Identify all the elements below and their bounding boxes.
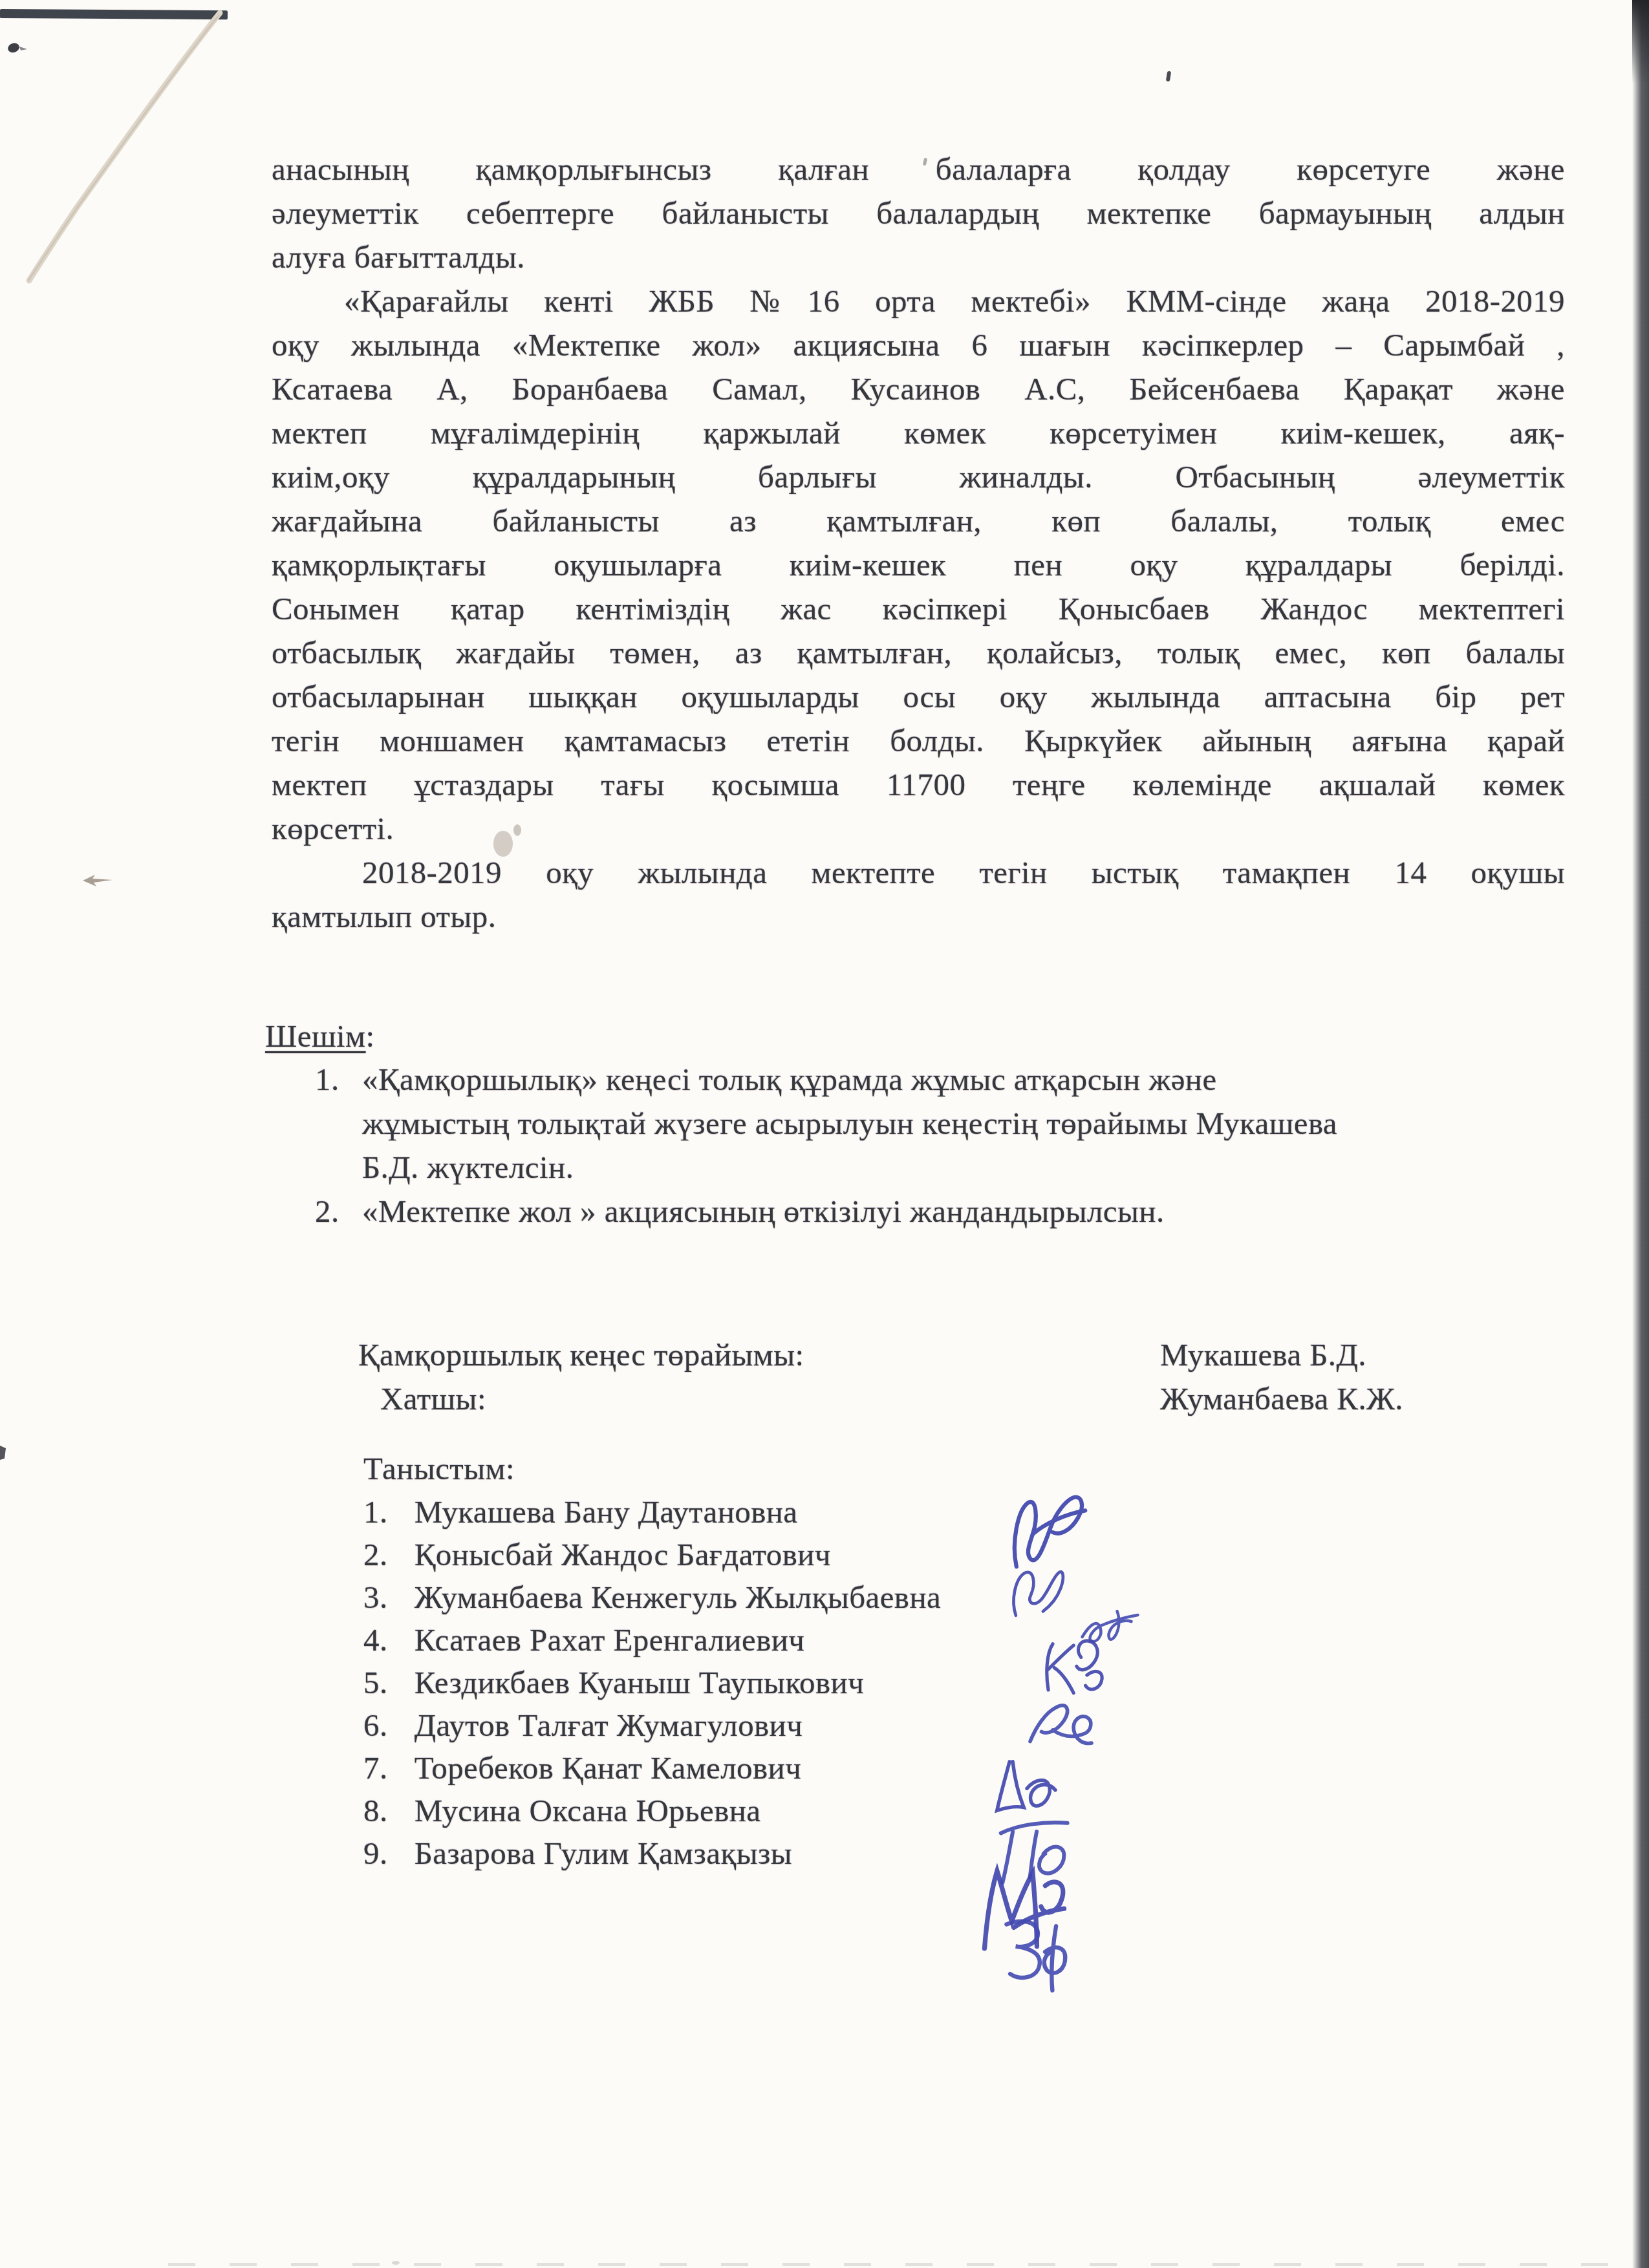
person-name: Базарова Гулим Қамзақызы bbox=[415, 1835, 792, 1871]
list-number: 6. bbox=[363, 1704, 406, 1747]
text-line: отбасыларынан шыққан оқушыларды осы оқу … bbox=[272, 675, 1565, 719]
person-name: Мукашева Бану Даутановна bbox=[415, 1494, 798, 1530]
acknowledged-heading: Таныстым: bbox=[363, 1447, 515, 1491]
signature-person-name: Жуманбаева К.Ж. bbox=[1160, 1377, 1403, 1421]
list-number: 2. bbox=[363, 1534, 406, 1576]
person-name: Мусина Оксана Юрьевна bbox=[415, 1793, 761, 1828]
list-number: 4. bbox=[363, 1619, 406, 1662]
text-line: анасының қамқорлығынсыз қалған балаларға… bbox=[272, 147, 1565, 191]
signature-person-name: Мукашева Б.Д. bbox=[1160, 1333, 1366, 1377]
acknowledged-person-row: 5. Кездикбаев Куаныш Таупыкович bbox=[363, 1662, 941, 1704]
signature-ink bbox=[1022, 1631, 1128, 1705]
signature-ink bbox=[969, 1854, 1080, 1959]
person-name: Кездикбаев Куаныш Таупыкович bbox=[415, 1665, 865, 1700]
signature-ink bbox=[1057, 1596, 1164, 1660]
signature-ink bbox=[1004, 1557, 1072, 1628]
page-fold-crease-shadow bbox=[28, 16, 219, 281]
acknowledged-person-row: 3. Жуманбаева Кенжегуль Жылқыбаевна bbox=[363, 1576, 941, 1619]
signature-row: Хатшы: Жуманбаева К.Ж. bbox=[358, 1377, 1496, 1421]
text-line: қамқорлықтағы оқушыларға киім-кешек пен … bbox=[272, 543, 1565, 587]
person-name: Торебеков Қанат Камелович bbox=[415, 1750, 802, 1786]
signature-ink bbox=[982, 1744, 1075, 1823]
decision-item-1-line-2: жұмыстың толықтай жүзеге асырылуын кеңес… bbox=[362, 1102, 1337, 1146]
text-line: оқу жылында «Мектепке жол» акциясына 6 ш… bbox=[272, 323, 1565, 367]
acknowledged-person-row: 6. Даутов Талғат Жумагулович bbox=[363, 1704, 941, 1747]
signature-ink bbox=[1001, 1685, 1114, 1766]
acknowledged-person-row: 1. Мукашева Бану Даутановна bbox=[363, 1491, 941, 1534]
text-line: тегін моншамен қамтамасыз ететін болды. … bbox=[272, 719, 1565, 763]
text-line: әлеуметтік себептерге байланысты балалар… bbox=[272, 191, 1565, 235]
text-line: алуға бағытталды. bbox=[272, 235, 1565, 279]
scan-edge-top-bar bbox=[0, 9, 228, 19]
text-line: киім,оқу құралдарының барлығы жиналды. О… bbox=[272, 455, 1565, 499]
page-fold-crease bbox=[29, 13, 220, 281]
decision-heading-colon: : bbox=[366, 1018, 375, 1054]
acknowledged-person-row: 4. Ксатаев Рахат Еренгалиевич bbox=[363, 1619, 941, 1662]
person-name: Даутов Талғат Жумагулович bbox=[415, 1707, 803, 1743]
text-line: «Қамқоршылық» кеңесі толық құрамда жұмыс… bbox=[362, 1062, 1217, 1097]
acknowledged-person-row: 2. Қонысбай Жандос Бағдатович bbox=[363, 1534, 941, 1576]
signature-row: Қамқоршылық кеңес төрайымы: Мукашева Б.Д… bbox=[358, 1333, 1496, 1377]
text-line: қамтылып отыр. bbox=[272, 895, 1565, 939]
ink-speck bbox=[19, 47, 27, 50]
decision-item-2: 2.«Мектепке жол » акциясының өткізілуі ж… bbox=[315, 1190, 1165, 1234]
list-number: 3. bbox=[363, 1576, 406, 1619]
signature-ink bbox=[975, 1803, 1095, 1888]
ink-speck bbox=[1166, 71, 1171, 82]
paragraph: 2018-2019 оқу жылында мектепте тегін ыст… bbox=[272, 851, 1565, 939]
scanned-document-page: анасының қамқорлығынсыз қалған балаларға… bbox=[0, 0, 1649, 2268]
list-number: 2. bbox=[315, 1190, 362, 1234]
scan-edge-right-band bbox=[1632, 0, 1649, 2268]
signature-ink bbox=[1006, 1484, 1096, 1581]
acknowledged-list: 1. Мукашева Бану Даутановна 2. Қонысбай … bbox=[363, 1491, 941, 1875]
pencil-arrow-smudge bbox=[83, 875, 113, 886]
list-number: 8. bbox=[363, 1790, 406, 1832]
person-name: Ксатаев Рахат Еренгалиевич bbox=[415, 1622, 805, 1658]
acknowledged-person-row: 9. Базарова Гулим Қамзақызы bbox=[363, 1832, 941, 1875]
list-number: 1. bbox=[315, 1058, 362, 1102]
document-body: анасының қамқорлығынсыз қалған балаларға… bbox=[272, 147, 1565, 939]
decision-item-1-line-1: 1.«Қамқоршылық» кеңесі толық құрамда жұм… bbox=[315, 1058, 1217, 1102]
text-line: отбасылық жағдайы төмен, аз қамтылған, қ… bbox=[272, 631, 1565, 675]
person-name: Жуманбаева Кенжегуль Жылқыбаевна bbox=[415, 1579, 942, 1615]
scan-edge-bottom-dashes bbox=[168, 2263, 1610, 2266]
text-line: мектеп ұстаздары тағы қосымша 11700 теңг… bbox=[272, 763, 1565, 807]
paragraph: анасының қамқорлығынсыз қалған балаларға… bbox=[272, 147, 1565, 279]
text-line: Ксатаева А, Боранбаева Самал, Кусаинов А… bbox=[272, 367, 1565, 411]
text-line: 2018-2019 оқу жылында мектепте тегін ыст… bbox=[272, 851, 1565, 895]
signature-role-label: Қамқоршылық кеңес төрайымы: bbox=[358, 1337, 804, 1373]
signature-role-label: Хатшы: bbox=[380, 1381, 486, 1417]
decision-heading: Шешім: bbox=[265, 1014, 375, 1058]
left-edge-mark bbox=[0, 1446, 6, 1460]
acknowledged-person-row: 7. Торебеков Қанат Камелович bbox=[363, 1747, 941, 1790]
decision-item-1-line-3: Б.Д. жүктелсін. bbox=[362, 1146, 574, 1190]
list-number: 7. bbox=[363, 1747, 406, 1790]
list-number: 5. bbox=[363, 1662, 406, 1704]
signature-ink bbox=[982, 1906, 1086, 1998]
officials-signature-block: Қамқоршылық кеңес төрайымы: Мукашева Б.Д… bbox=[358, 1333, 1496, 1421]
acknowledged-person-row: 8. Мусина Оксана Юрьевна bbox=[363, 1790, 941, 1832]
paragraph: «Қарағайлы кенті ЖББ №16 орта мектебі» К… bbox=[272, 279, 1565, 851]
decision-heading-word: Шешім bbox=[265, 1018, 366, 1054]
person-name: Қонысбай Жандос Бағдатович bbox=[415, 1537, 831, 1572]
text-line: мектеп мұғалімдерінің қаржылай көмек көр… bbox=[272, 411, 1565, 455]
ink-speck bbox=[6, 42, 20, 54]
text-line: Сонымен қатар кентіміздің жас кәсіпкері … bbox=[272, 587, 1565, 631]
text-line: «Мектепке жол » акциясының өткізілуі жан… bbox=[362, 1193, 1165, 1229]
text-line: көрсетті. bbox=[272, 807, 1565, 851]
list-number: 9. bbox=[363, 1832, 406, 1875]
text-line: жағдайына байланысты аз қамтылған, көп б… bbox=[272, 499, 1565, 543]
text-line: «Қарағайлы кенті ЖББ №16 орта мектебі» К… bbox=[272, 279, 1565, 323]
list-number: 1. bbox=[363, 1491, 406, 1534]
